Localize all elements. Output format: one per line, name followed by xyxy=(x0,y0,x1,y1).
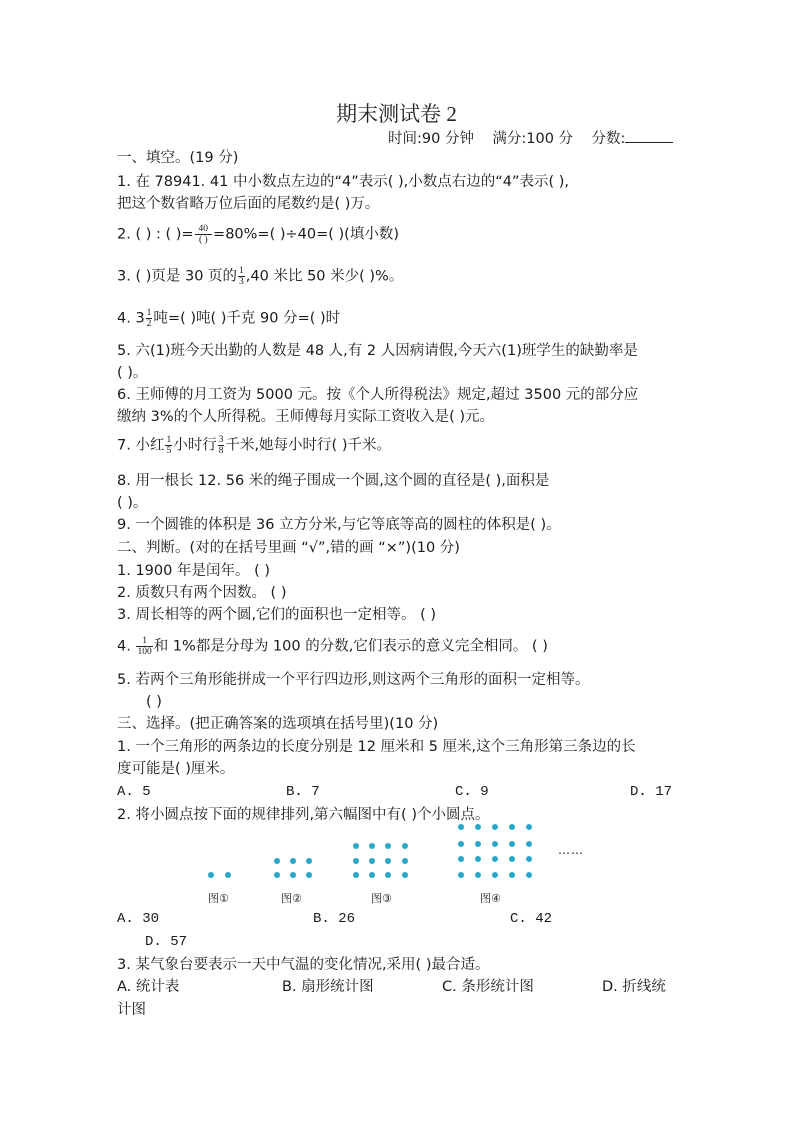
q3-1-line2: 度可能是( )厘米。 xyxy=(117,759,234,779)
fraction: 12 xyxy=(146,308,153,329)
q1-6-line1: 6. 王师傅的月工资为 5000 元。按《个人所得税法》规定,超过 3500 元… xyxy=(117,385,638,405)
q3-2-option-c[interactable]: C. 42 xyxy=(510,909,552,929)
q3-1-option-a[interactable]: A. 5 xyxy=(117,782,151,802)
q1-6-line2: 缴纳 3%的个人所得税。王师傅每月实际工资收入是( )元。 xyxy=(117,407,494,427)
full-score-label: 满分:100 分 xyxy=(492,131,573,147)
q2-2: 2. 质数只有两个因数。 ( ) xyxy=(117,583,286,603)
fraction: 38 xyxy=(218,435,225,456)
section-heading-choice: 三、选择。(把正确答案的选项填在括号里)(10 分) xyxy=(117,714,438,734)
q3-3: 3. 某气象台要表示一天中气温的变化情况,采用( )最合适。 xyxy=(117,955,489,975)
figure-1-label: 图① xyxy=(208,890,229,906)
q3-3-option-b[interactable]: B. 扇形统计图 xyxy=(282,977,374,997)
q3-3-option-a[interactable]: A. 统计表 xyxy=(117,977,179,997)
q2-5-line2: ( ) xyxy=(146,692,162,712)
exam-page: 期末测试卷 2 时间:90 分钟 满分:100 分 分数: 一、填空。(19 分… xyxy=(0,0,793,1122)
q2-5-line1: 5. 若两个三角形能拼成一个平行四边形,则这两个三角形的面积一定相等。 xyxy=(117,670,590,690)
exam-meta: 时间:90 分钟 满分:100 分 分数: xyxy=(388,127,673,148)
fraction: 13 xyxy=(238,266,245,287)
q2-3: 3. 周长相等的两个圆,它们的面积也一定相等。 ( ) xyxy=(117,605,436,625)
q3-1-option-c[interactable]: C. 9 xyxy=(455,782,489,802)
q3-1-option-b[interactable]: B. 7 xyxy=(286,782,320,802)
q1-1-line1: 1. 在 78941. 41 中小数点左边的“4”表示( ),小数点右边的“4”… xyxy=(117,172,569,192)
q2-1: 1. 1900 年是闰年。 ( ) xyxy=(117,561,270,581)
fraction: 1100 xyxy=(136,636,152,657)
q2-4: 4. 1100和 1%都是分母为 100 的分数,它们表示的意义完全相同。 ( … xyxy=(117,636,548,657)
score-label: 分数: xyxy=(592,131,626,147)
page-title: 期末测试卷 2 xyxy=(0,98,793,128)
figure-2-label: 图② xyxy=(281,890,302,906)
section-heading-judge: 二、判断。(对的在括号里画 “√”,错的画 “×”)(10 分) xyxy=(117,538,460,558)
q3-3-option-c[interactable]: C. 条形统计图 xyxy=(442,977,534,997)
q3-3-option-d[interactable]: D. 折线统 xyxy=(602,977,666,997)
q1-5-line2: ( )。 xyxy=(117,363,147,383)
q1-2: 2. ( ) : ( )=40( )=80%=( )÷40=( )(填小数) xyxy=(117,224,399,245)
q1-3: 3. ( )页是 30 页的13,40 米比 50 米少( )%。 xyxy=(117,266,403,287)
ellipsis: …… xyxy=(558,843,584,857)
section-heading-fill: 一、填空。(19 分) xyxy=(117,148,238,168)
time-label: 时间:90 分钟 xyxy=(388,131,474,147)
q3-2-option-b[interactable]: B. 26 xyxy=(313,909,355,929)
figure-4-label: 图④ xyxy=(480,890,501,906)
q3-1-line1: 1. 一个三角形的两条边的长度分别是 12 厘米和 5 厘米,这个三角形第三条边… xyxy=(117,737,636,757)
q3-2-option-a[interactable]: A. 30 xyxy=(117,909,159,929)
figure-3-label: 图③ xyxy=(371,890,392,906)
fraction: 15 xyxy=(165,435,172,456)
q1-4: 4. 312吨=( )吨( )千克 90 分=( )时 xyxy=(117,308,340,329)
q1-7: 7. 小红15小时行38千米,她每小时行( )千米。 xyxy=(117,435,391,456)
q1-5-line1: 5. 六(1)班今天出勤的人数是 48 人,有 2 人因病请假,今天六(1)班学… xyxy=(117,341,638,361)
q3-2: 2. 将小圆点按下面的规律排列,第六幅图中有( )个小圆点。 xyxy=(117,805,489,825)
score-blank[interactable] xyxy=(625,128,673,143)
q1-1-line2: 把这个数省略万位后面的尾数约是( )万。 xyxy=(117,194,379,214)
fraction: 40( ) xyxy=(195,224,213,245)
q3-3-option-d-wrap: 计图 xyxy=(117,1000,146,1020)
q3-2-option-d[interactable]: D. 57 xyxy=(145,932,187,952)
q3-1-option-d[interactable]: D. 17 xyxy=(630,782,672,802)
q1-9: 9. 一个圆锥的体积是 36 立方分米,与它等底等高的圆柱的体积是( )。 xyxy=(117,515,561,535)
q1-8-line1: 8. 用一根长 12. 56 米的绳子围成一个圆,这个圆的直径是( ),面积是 xyxy=(117,471,549,491)
q1-8-line2: ( )。 xyxy=(117,493,147,513)
